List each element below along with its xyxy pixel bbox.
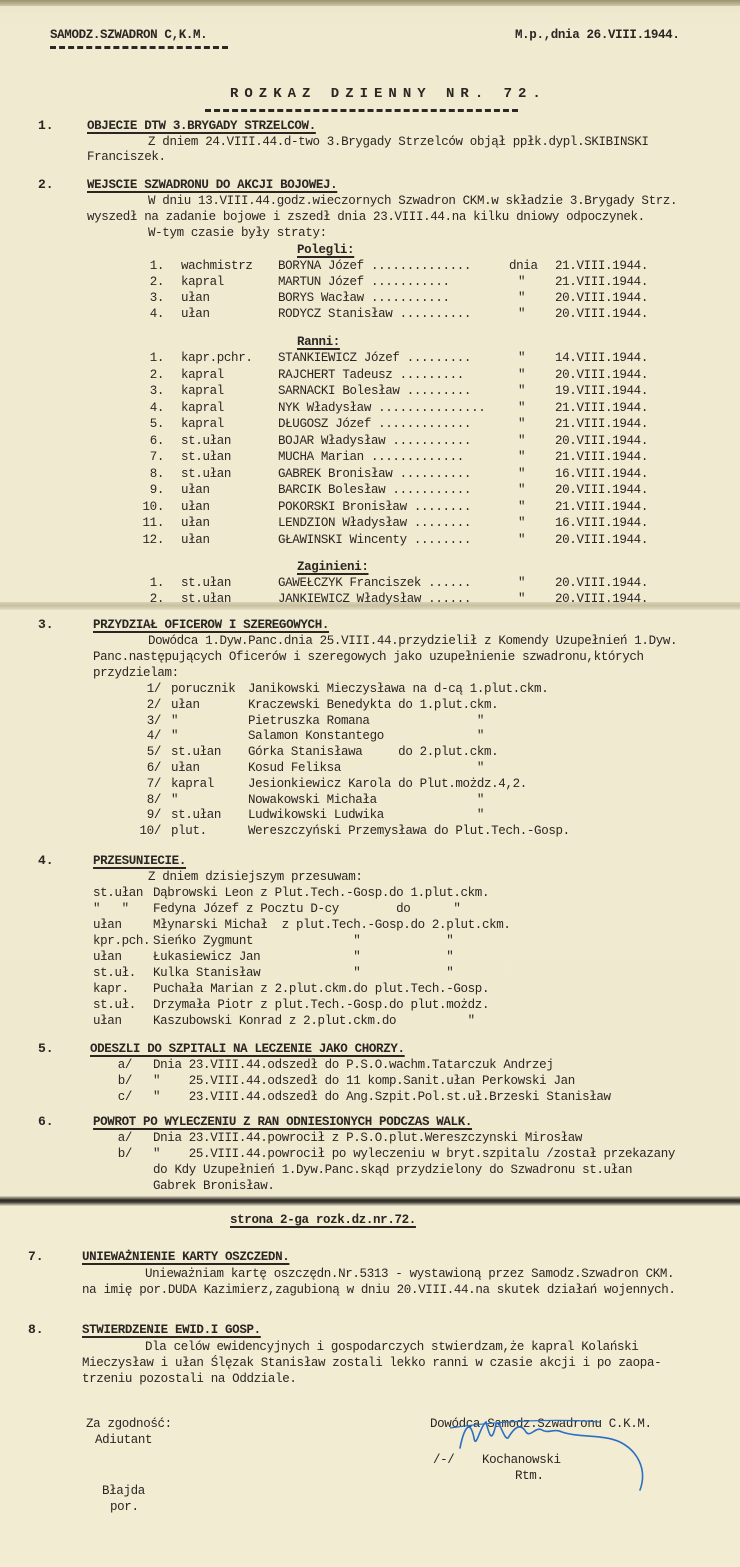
- row-name: GABREK Bronisław ..........: [278, 466, 471, 482]
- row-date: 19.VIII.1944.: [555, 383, 648, 399]
- item-rank: ": [171, 792, 178, 808]
- row-name: LENDZION Władysław ........: [278, 515, 471, 531]
- row-ditto: ": [518, 575, 525, 591]
- section-3-number: 3.: [38, 617, 54, 632]
- row-ditto: ": [518, 306, 525, 322]
- row-date: 20.VIII.1944.: [555, 367, 648, 383]
- row-number: 7.: [140, 449, 164, 465]
- row-name: BORYS Wacław ...........: [278, 290, 450, 306]
- item-text: " 23.VIII.44.odszedł do Ang.Szpit.Pol.st…: [153, 1089, 611, 1105]
- item-number: 1/: [137, 681, 161, 697]
- row-number: 12.: [140, 532, 164, 548]
- row-number: 3.: [140, 383, 164, 399]
- item-number: 3/: [137, 713, 161, 729]
- page-2-label: strona 2-ga rozk.dz.nr.72.: [230, 1212, 416, 1228]
- section-2-line: W dniu 13.VIII.44.godz.wieczornych Szwad…: [148, 193, 677, 209]
- row-name: RAJCHERT Tadeusz .........: [278, 367, 464, 383]
- item-letter: a/: [108, 1057, 132, 1073]
- section-3-line: przydzielam:: [93, 665, 179, 681]
- row-name: GAWEŁCZYK Franciszek ......: [278, 575, 471, 591]
- item-rank: ": [171, 713, 178, 729]
- missing-heading: Zaginieni:: [297, 559, 369, 575]
- item-text: " 25.VIII.44.odszedł do 11 komp.Sanit.uł…: [153, 1073, 575, 1089]
- row-date: 21.VIII.1944.: [555, 258, 648, 274]
- section-2-line: wyszedł na zadanie bojowe i zszedł dnia …: [87, 209, 645, 225]
- row-number: 2.: [140, 591, 164, 607]
- item-rank: st.ułan: [171, 744, 221, 760]
- row-date: 20.VIII.1944.: [555, 433, 648, 449]
- item-text: Salamon Konstantego ": [248, 728, 484, 744]
- item-text: Sieńko Zygmunt " ": [153, 933, 453, 949]
- row-ditto: ": [518, 367, 525, 383]
- item-rank: ułan: [93, 917, 122, 933]
- row-name: DŁUGOSZ Józef .............: [278, 416, 471, 432]
- item-rank: ułan: [93, 1013, 122, 1029]
- item-rank: st.uł.: [93, 997, 136, 1013]
- row-name: BOJAR Władysław ...........: [278, 433, 471, 449]
- row-date: 21.VIII.1944.: [555, 499, 648, 515]
- table-row: 1.wachmistrzBORYNA Józef ..............d…: [0, 258, 740, 274]
- row-rank: kapral: [181, 383, 224, 399]
- row-rank: kapral: [181, 274, 224, 290]
- row-date: 20.VIII.1944.: [555, 575, 648, 591]
- row-ditto: ": [518, 433, 525, 449]
- item-text: Ludwikowski Ludwika ": [248, 807, 484, 823]
- row-date: 20.VIII.1944.: [555, 532, 648, 548]
- section-4-heading: PRZESUNIECIE.: [93, 853, 186, 869]
- item-text: Dnia 23.VIII.44.powrocił z P.S.O.plut.We…: [153, 1130, 582, 1146]
- item-text: Janikowski Mieczysława na d-cą 1.plut.ck…: [248, 681, 548, 697]
- item-text: Puchała Marian z 2.plut.ckm.do plut.Tech…: [153, 981, 489, 997]
- row-number: 1.: [140, 258, 164, 274]
- row-rank: ułan: [181, 482, 210, 498]
- handwritten-signature: [430, 1408, 660, 1498]
- item-number: 7/: [137, 776, 161, 792]
- table-row: 10.ułanPOKORSKI Bronisław ........"21.VI…: [0, 499, 740, 515]
- item-text: Młynarski Michał z plut.Tech.-Gosp.do 2.…: [153, 917, 511, 933]
- row-number: 8.: [140, 466, 164, 482]
- item-text: Kosud Feliksa ": [248, 760, 484, 776]
- row-number: 1.: [140, 350, 164, 366]
- item-letter: b/: [108, 1146, 132, 1162]
- row-ditto: ": [518, 274, 525, 290]
- section-1-heading: OBJECIE DTW 3.BRYGADY STRZELCOW.: [87, 118, 316, 134]
- item-rank: ": [171, 728, 178, 744]
- unit-name: SAMODZ.SZWADRON C,K.M.: [50, 27, 207, 43]
- section-6-continuation: Gabrek Bronisław.: [153, 1178, 275, 1194]
- table-row: 2.kapralMARTUN Józef ..........."21.VIII…: [0, 274, 740, 290]
- section-7-number: 7.: [28, 1249, 44, 1264]
- sheet-join-edge: [0, 1196, 740, 1206]
- section-7-line: na imię por.DUDA Kazimierz,zagubioną w d…: [82, 1282, 676, 1298]
- row-date: 20.VIII.1944.: [555, 306, 648, 322]
- row-name: BORYNA Józef ..............: [278, 258, 471, 274]
- table-row: 6.st.ułanBOJAR Władysław ..........."20.…: [0, 433, 740, 449]
- item-number: 10/: [137, 823, 161, 839]
- document-title: ROZKAZ DZIENNY NR. 72.: [230, 86, 547, 102]
- section-7-heading: UNIEWAŻNIENIE KARTY OSZCZEDN.: [82, 1249, 289, 1265]
- row-number: 9.: [140, 482, 164, 498]
- row-rank: ułan: [181, 290, 210, 306]
- item-letter: a/: [108, 1130, 132, 1146]
- row-ditto: ": [518, 482, 525, 498]
- table-row: 2.st.ułanJANKIEWICZ Władysław ......"20.…: [0, 591, 740, 607]
- item-rank: " ": [93, 901, 129, 917]
- item-number: 5/: [137, 744, 161, 760]
- item-text: Górka Stanisława do 2.plut.ckm.: [248, 744, 498, 760]
- section-3-line: Dowódca 1.Dyw.Panc.dnia 25.VIII.44.przyd…: [148, 633, 677, 649]
- row-name: MUCHA Marian .............: [278, 449, 464, 465]
- item-number: 8/: [137, 792, 161, 808]
- row-rank: kapr.pchr.: [181, 350, 253, 366]
- item-text: Fedyna Józef z Pocztu D-cy do ": [153, 901, 461, 917]
- item-text: Jesionkiewicz Karola do Plut.możdz.4,2.: [248, 776, 527, 792]
- row-ditto: ": [518, 400, 525, 416]
- section-1-number: 1.: [38, 118, 54, 133]
- row-number: 11.: [140, 515, 164, 531]
- item-text: Kaszubowski Konrad z 2.plut.ckm.do ": [153, 1013, 475, 1029]
- row-rank: st.ułan: [181, 575, 231, 591]
- section-8-heading: STWIERDZENIE EWID.I GOSP.: [82, 1322, 261, 1338]
- row-name: JANKIEWICZ Władysław ......: [278, 591, 471, 607]
- section-7-line: Unieważniam kartę oszczędn.Nr.5313 - wys…: [145, 1266, 674, 1282]
- section-6-number: 6.: [38, 1114, 54, 1129]
- row-rank: ułan: [181, 515, 210, 531]
- row-date: 20.VIII.1944.: [555, 591, 648, 607]
- row-rank: kapral: [181, 400, 224, 416]
- section-3-line: Panc.następujących Oficerów i szeregowyc…: [93, 649, 644, 665]
- row-ditto: ": [518, 591, 525, 607]
- row-date: 14.VIII.1944.: [555, 350, 648, 366]
- adjutant-label: Adiutant: [95, 1432, 152, 1448]
- item-rank: st.ułan: [171, 807, 221, 823]
- table-row: 9.ułanBARCIK Bolesław ..........."20.VII…: [0, 482, 740, 498]
- row-rank: ułan: [181, 532, 210, 548]
- item-rank: kapral: [171, 776, 214, 792]
- row-number: 4.: [140, 400, 164, 416]
- row-rank: kapral: [181, 367, 224, 383]
- section-4-number: 4.: [38, 853, 54, 868]
- row-number: 6.: [140, 433, 164, 449]
- section-6-heading: POWROT PO WYLECZENIU Z RAN ODNIESIONYCH …: [93, 1114, 472, 1130]
- adjutant-name: Błajda: [102, 1483, 145, 1499]
- item-text: " 25.VIII.44.powrocił po wyleczeniu w br…: [153, 1146, 675, 1162]
- item-rank: ułan: [171, 697, 200, 713]
- item-letter: c/: [108, 1089, 132, 1105]
- row-ditto: dnia: [509, 258, 538, 274]
- section-8-line: Dla celów ewidencyjnych i gospodarczych …: [145, 1339, 638, 1355]
- paper-top-edge: [0, 0, 740, 6]
- item-number: 2/: [137, 697, 161, 713]
- item-rank: kapr.: [93, 981, 129, 997]
- row-date: 20.VIII.1944.: [555, 290, 648, 306]
- item-number: 6/: [137, 760, 161, 776]
- row-name: RODYCZ Stanisław ..........: [278, 306, 471, 322]
- row-date: 21.VIII.1944.: [555, 416, 648, 432]
- adjutant-rank: por.: [110, 1499, 139, 1515]
- table-row: 11.ułanLENDZION Władysław ........"16.VI…: [0, 515, 740, 531]
- table-row: 2.kapralRAJCHERT Tadeusz ........."20.VI…: [0, 367, 740, 383]
- item-text: Pietruszka Romana ": [248, 713, 484, 729]
- title-underline: [205, 109, 518, 112]
- table-row: 3.ułanBORYS Wacław ..........."20.VIII.1…: [0, 290, 740, 306]
- row-rank: ułan: [181, 306, 210, 322]
- item-rank: plut.: [171, 823, 207, 839]
- item-text: Nowakowski Michała ": [248, 792, 484, 808]
- item-rank: st.ułan: [93, 885, 143, 901]
- section-8-line: trzeniu pozostali na Oddziale.: [82, 1371, 297, 1387]
- table-row: 1.st.ułanGAWEŁCZYK Franciszek ......"20.…: [0, 575, 740, 591]
- row-name: BARCIK Bolesław ...........: [278, 482, 471, 498]
- row-rank: ułan: [181, 499, 210, 515]
- table-row: 3.kapralSARNACKI Bolesław ........."19.V…: [0, 383, 740, 399]
- row-number: 2.: [140, 367, 164, 383]
- row-number: 1.: [140, 575, 164, 591]
- row-date: 21.VIII.1944.: [555, 449, 648, 465]
- row-ditto: ": [518, 290, 525, 306]
- table-row: 1.kapr.pchr.STANKIEWICZ Józef ........."…: [0, 350, 740, 366]
- section-8-number: 8.: [28, 1322, 44, 1337]
- row-rank: st.ułan: [181, 591, 231, 607]
- row-ditto: ": [518, 416, 525, 432]
- item-rank: porucznik: [171, 681, 235, 697]
- section-6-continuation: do Kdy Uzupełnień 1.Dyw.Panc.skąd przydz…: [153, 1162, 632, 1178]
- row-rank: st.ułan: [181, 466, 231, 482]
- table-row: 7.st.ułanMUCHA Marian ............."21.V…: [0, 449, 740, 465]
- table-row: 8.st.ułanGABREK Bronisław .........."16.…: [0, 466, 740, 482]
- wounded-heading: Ranni:: [297, 334, 340, 350]
- item-text: Łukasiewicz Jan " ": [153, 949, 453, 965]
- row-date: 21.VIII.1944.: [555, 400, 648, 416]
- row-rank: st.ułan: [181, 449, 231, 465]
- section-3-heading: PRZYDZIAŁ OFICEROW I SZEREGOWYCH.: [93, 617, 329, 633]
- row-ditto: ": [518, 515, 525, 531]
- item-text: Kulka Stanisław " ": [153, 965, 453, 981]
- row-number: 10.: [140, 499, 164, 515]
- fallen-heading: Polegli:: [297, 242, 354, 258]
- item-text: Drzymała Piotr z plut.Tech.-Gosp.do plut…: [153, 997, 489, 1013]
- item-text: Wereszczyński Przemysława do Plut.Tech.-…: [248, 823, 570, 839]
- row-ditto: ": [518, 383, 525, 399]
- item-letter: b/: [108, 1073, 132, 1089]
- section-2-line: W-tym czasie były straty:: [148, 225, 327, 241]
- row-ditto: ": [518, 499, 525, 515]
- row-name: GŁAWINSKI Wincenty ........: [278, 532, 471, 548]
- section-2-number: 2.: [38, 177, 54, 192]
- row-number: 2.: [140, 274, 164, 290]
- row-name: STANKIEWICZ Józef .........: [278, 350, 471, 366]
- row-ditto: ": [518, 449, 525, 465]
- section-5-number: 5.: [38, 1041, 54, 1056]
- attestation-label: Za zgodność:: [86, 1416, 172, 1432]
- row-number: 5.: [140, 416, 164, 432]
- document-page: SAMODZ.SZWADRON C,K.M. M.p.,dnia 26.VIII…: [0, 0, 740, 1567]
- section-1-line: Z dniem 24.VIII.44.d-two 3.Brygady Strze…: [148, 134, 649, 150]
- table-row: 12.ułanGŁAWINSKI Wincenty ........"20.VI…: [0, 532, 740, 548]
- row-ditto: ": [518, 350, 525, 366]
- item-text: Dnia 23.VIII.44.odszedł do P.S.O.wachm.T…: [153, 1057, 553, 1073]
- row-rank: kapral: [181, 416, 224, 432]
- unit-underline: [50, 46, 228, 49]
- row-name: POKORSKI Bronisław ........: [278, 499, 471, 515]
- row-number: 3.: [140, 290, 164, 306]
- row-number: 4.: [140, 306, 164, 322]
- row-ditto: ": [518, 466, 525, 482]
- row-date: 16.VIII.1944.: [555, 515, 648, 531]
- row-name: MARTUN Józef ...........: [278, 274, 450, 290]
- item-rank: ułan: [93, 949, 122, 965]
- row-ditto: ": [518, 532, 525, 548]
- section-4-intro: Z dniem dzisiejszym przesuwam:: [148, 869, 363, 885]
- row-date: 21.VIII.1944.: [555, 274, 648, 290]
- item-rank: ułan: [171, 760, 200, 776]
- table-row: 5.kapralDŁUGOSZ Józef ............."21.V…: [0, 416, 740, 432]
- item-number: 4/: [137, 728, 161, 744]
- section-8-line: Mieczysław i ułan Ślęzak Stanisław zosta…: [82, 1355, 661, 1371]
- row-rank: st.ułan: [181, 433, 231, 449]
- section-5-heading: ODESZLI DO SZPITALI NA LECZENIE JAKO CHO…: [90, 1041, 405, 1057]
- item-number: 9/: [137, 807, 161, 823]
- table-row: 4.kapralNYK Władysław ..............."21…: [0, 400, 740, 416]
- row-name: NYK Władysław ...............: [278, 400, 485, 416]
- row-date: 20.VIII.1944.: [555, 482, 648, 498]
- item-rank: kpr.pch.: [93, 933, 150, 949]
- section-2-heading: WEJSCIE SZWADRONU DO AKCJI BOJOWEJ.: [87, 177, 337, 193]
- section-1-line: Franciszek.: [87, 149, 166, 165]
- item-rank: st.uł.: [93, 965, 136, 981]
- row-name: SARNACKI Bolesław .........: [278, 383, 471, 399]
- place-date: M.p.,dnia 26.VIII.1944.: [515, 27, 679, 43]
- row-date: 16.VIII.1944.: [555, 466, 648, 482]
- item-text: Kraczewski Benedykta do 1.plut.ckm.: [248, 697, 498, 713]
- table-row: 4.ułanRODYCZ Stanisław .........."20.VII…: [0, 306, 740, 322]
- item-text: Dąbrowski Leon z Plut.Tech.-Gosp.do 1.pl…: [153, 885, 489, 901]
- row-rank: wachmistrz: [181, 258, 253, 274]
